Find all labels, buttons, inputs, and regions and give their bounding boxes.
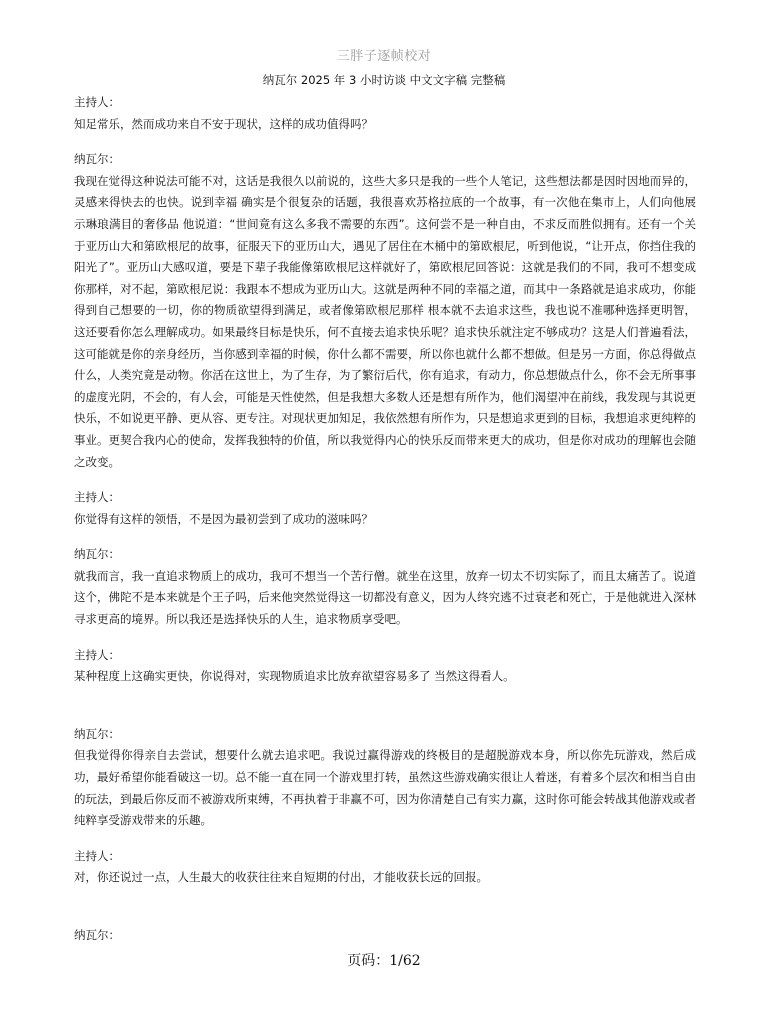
speech-text: 我现在觉得这种说法可能不对，这话是我很久以前说的，这些大多只是我的一些个人笔记，… [74,171,696,473]
page-number: 页码：1/62 [0,950,768,970]
transcript-block-naval-2: 纳瓦尔： 就我而言，我一直追求物质上的成功，我可不想当一个苦行僧。就坐在这里，放… [74,544,696,630]
watermark: 三胖子逐帧校对 [0,45,768,64]
document-title: 纳瓦尔 2025 年 3 小时访谈 中文文字稿 完整稿 [0,72,768,88]
speaker-label: 纳瓦尔： [74,724,696,746]
transcript-block-host-4: 主持人： 对，你还说过一点，人生最大的收获往往来自短期的付出，才能收获长远的回报… [74,846,696,889]
speaker-label: 主持人： [74,645,696,667]
speaker-label: 纳瓦尔： [74,149,696,171]
transcript-block-host-1: 主持人： 知足常乐，然而成功来自不安于现状，这样的成功值得吗？ [74,92,696,135]
speaker-label: 纳瓦尔： [74,925,696,947]
speaker-label: 主持人： [74,487,696,509]
document-page: 三胖子逐帧校对 纳瓦尔 2025 年 3 小时访谈 中文文字稿 完整稿 主持人：… [0,0,768,1024]
speech-text: 某种程度上这确实更快，你说得对，实现物质追求比放弃欲望容易多了 当然这得看人。 [74,666,696,688]
transcript-body: 主持人： 知足常乐，然而成功来自不安于现状，这样的成功值得吗？ 纳瓦尔： 我现在… [74,92,696,947]
speech-text: 对，你还说过一点，人生最大的收获往往来自短期的付出，才能收获长远的回报。 [74,867,696,889]
speaker-label: 纳瓦尔： [74,544,696,566]
transcript-block-host-2: 主持人： 你觉得有这样的领悟，不是因为最初尝到了成功的滋味吗？ [74,487,696,530]
speech-text: 但我觉得你得亲自去尝试，想要什么就去追求吧。我说过赢得游戏的终极目的是超脱游戏本… [74,745,696,831]
transcript-block-naval-1: 纳瓦尔： 我现在觉得这种说法可能不对，这话是我很久以前说的，这些大多只是我的一些… [74,149,696,473]
transcript-block-host-3: 主持人： 某种程度上这确实更快，你说得对，实现物质追求比放弃欲望容易多了 当然这… [74,645,696,688]
speech-text: 你觉得有这样的领悟，不是因为最初尝到了成功的滋味吗？ [74,509,696,531]
speech-text: 就我而言，我一直追求物质上的成功，我可不想当一个苦行僧。就坐在这里，放弃一切太不… [74,566,696,631]
transcript-block-naval-4: 纳瓦尔： [74,925,696,947]
speech-text: 知足常乐，然而成功来自不安于现状，这样的成功值得吗？ [74,114,696,136]
speaker-label: 主持人： [74,846,696,868]
transcript-block-naval-3: 纳瓦尔： 但我觉得你得亲自去尝试，想要什么就去追求吧。我说过赢得游戏的终极目的是… [74,724,696,832]
speaker-label: 主持人： [74,92,696,114]
